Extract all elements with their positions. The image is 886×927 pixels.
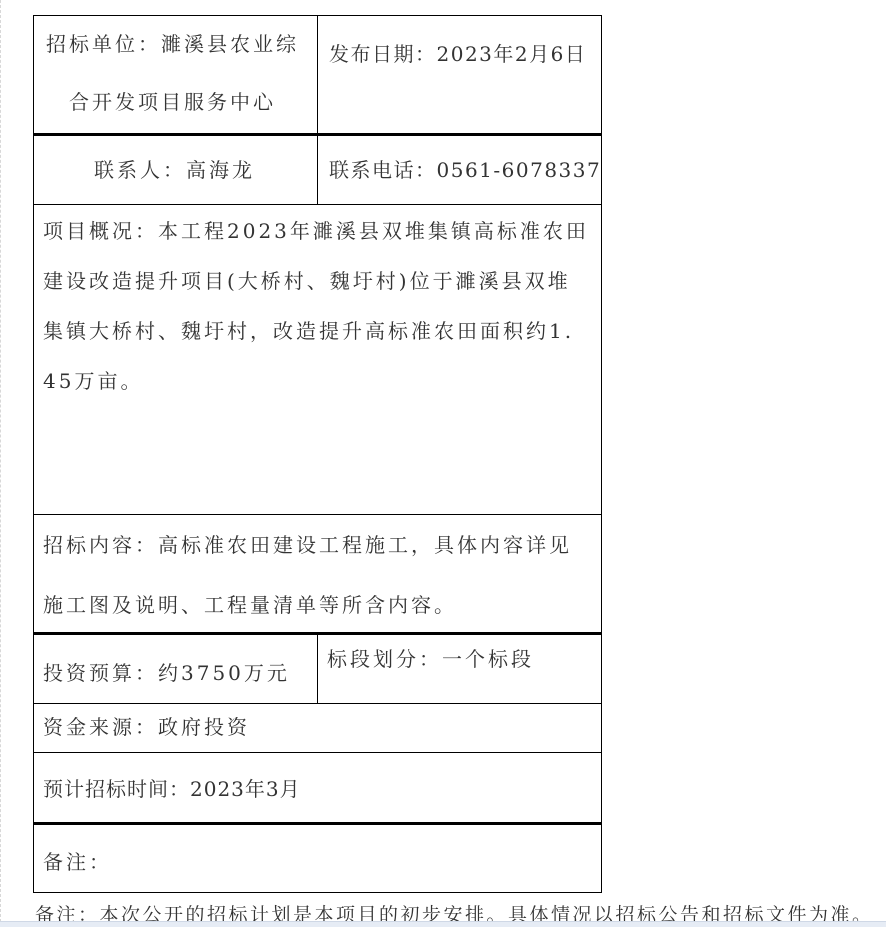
row-budget-sections: 投资预算：约3750万元 标段划分：一个标段 bbox=[33, 632, 602, 703]
tender-unit-line-1: 招标单位：濉溪县农业综 bbox=[46, 34, 299, 54]
overview-line: 建设改造提升项目(大桥村、魏圩村)位于濉溪县双堆 bbox=[43, 256, 595, 306]
tender-content: 招标内容：高标准农田建设工程施工，具体内容详见 施工图及说明、工程量清单等所含内… bbox=[43, 515, 595, 635]
contact-person-cell: 联系人：高海龙 bbox=[34, 136, 318, 204]
contact-phone: 联系电话：0561-6078337 bbox=[329, 160, 601, 180]
budget-cell: 投资预算：约3750万元 bbox=[34, 635, 318, 703]
investment-budget: 投资预算：约3750万元 bbox=[43, 663, 290, 683]
tender-unit-cell: 招标单位：濉溪县农业综 合开发项目服务中心 bbox=[34, 16, 318, 133]
row-remarks: 备注： bbox=[33, 822, 602, 893]
overview-line: 项目概况：本工程2023年濉溪县双堆集镇高标准农田 bbox=[43, 206, 595, 256]
overview-line: 集镇大桥村、魏圩村，改造提升高标准农田面积约1. bbox=[43, 306, 595, 356]
bottom-scroll-strip bbox=[0, 921, 886, 927]
row-tender-content: 招标内容：高标准农田建设工程施工，具体内容详见 施工图及说明、工程量清单等所含内… bbox=[33, 514, 602, 632]
publish-date: 发布日期：2023年2月6日 bbox=[329, 44, 586, 64]
fund-source: 资金来源：政府投资 bbox=[43, 717, 250, 737]
row-overview: 项目概况：本工程2023年濉溪县双堆集镇高标准农田 建设改造提升项目(大桥村、魏… bbox=[33, 204, 602, 514]
publish-date-cell: 发布日期：2023年2月6日 bbox=[318, 16, 601, 133]
tender-unit-line-2: 合开发项目服务中心 bbox=[69, 92, 276, 112]
project-overview: 项目概况：本工程2023年濉溪县双堆集镇高标准农田 建设改造提升项目(大桥村、魏… bbox=[43, 206, 595, 406]
overview-line: 45万亩。 bbox=[43, 356, 595, 406]
sections-cell: 标段划分：一个标段 bbox=[318, 635, 601, 703]
row-fund-source: 资金来源：政府投资 bbox=[33, 703, 602, 752]
expected-tender-time: 预计招标时间：2023年3月 bbox=[43, 779, 301, 799]
section-division: 标段划分：一个标段 bbox=[327, 649, 534, 669]
row-expected-time: 预计招标时间：2023年3月 bbox=[33, 752, 602, 822]
row-unit-date: 招标单位：濉溪县农业综 合开发项目服务中心 发布日期：2023年2月6日 bbox=[33, 15, 602, 133]
contact-phone-cell: 联系电话：0561-6078337 bbox=[318, 136, 601, 204]
row-contact: 联系人：高海龙 联系电话：0561-6078337 bbox=[33, 133, 602, 204]
tender-plan-table: 招标单位：濉溪县农业综 合开发项目服务中心 发布日期：2023年2月6日 联系人… bbox=[33, 15, 602, 893]
tender-content-line: 招标内容：高标准农田建设工程施工，具体内容详见 bbox=[43, 515, 595, 575]
tender-content-line: 施工图及说明、工程量清单等所含内容。 bbox=[43, 575, 595, 635]
contact-person: 联系人：高海龙 bbox=[94, 160, 255, 180]
remarks: 备注： bbox=[43, 852, 112, 872]
page-left-edge bbox=[0, 0, 4, 927]
